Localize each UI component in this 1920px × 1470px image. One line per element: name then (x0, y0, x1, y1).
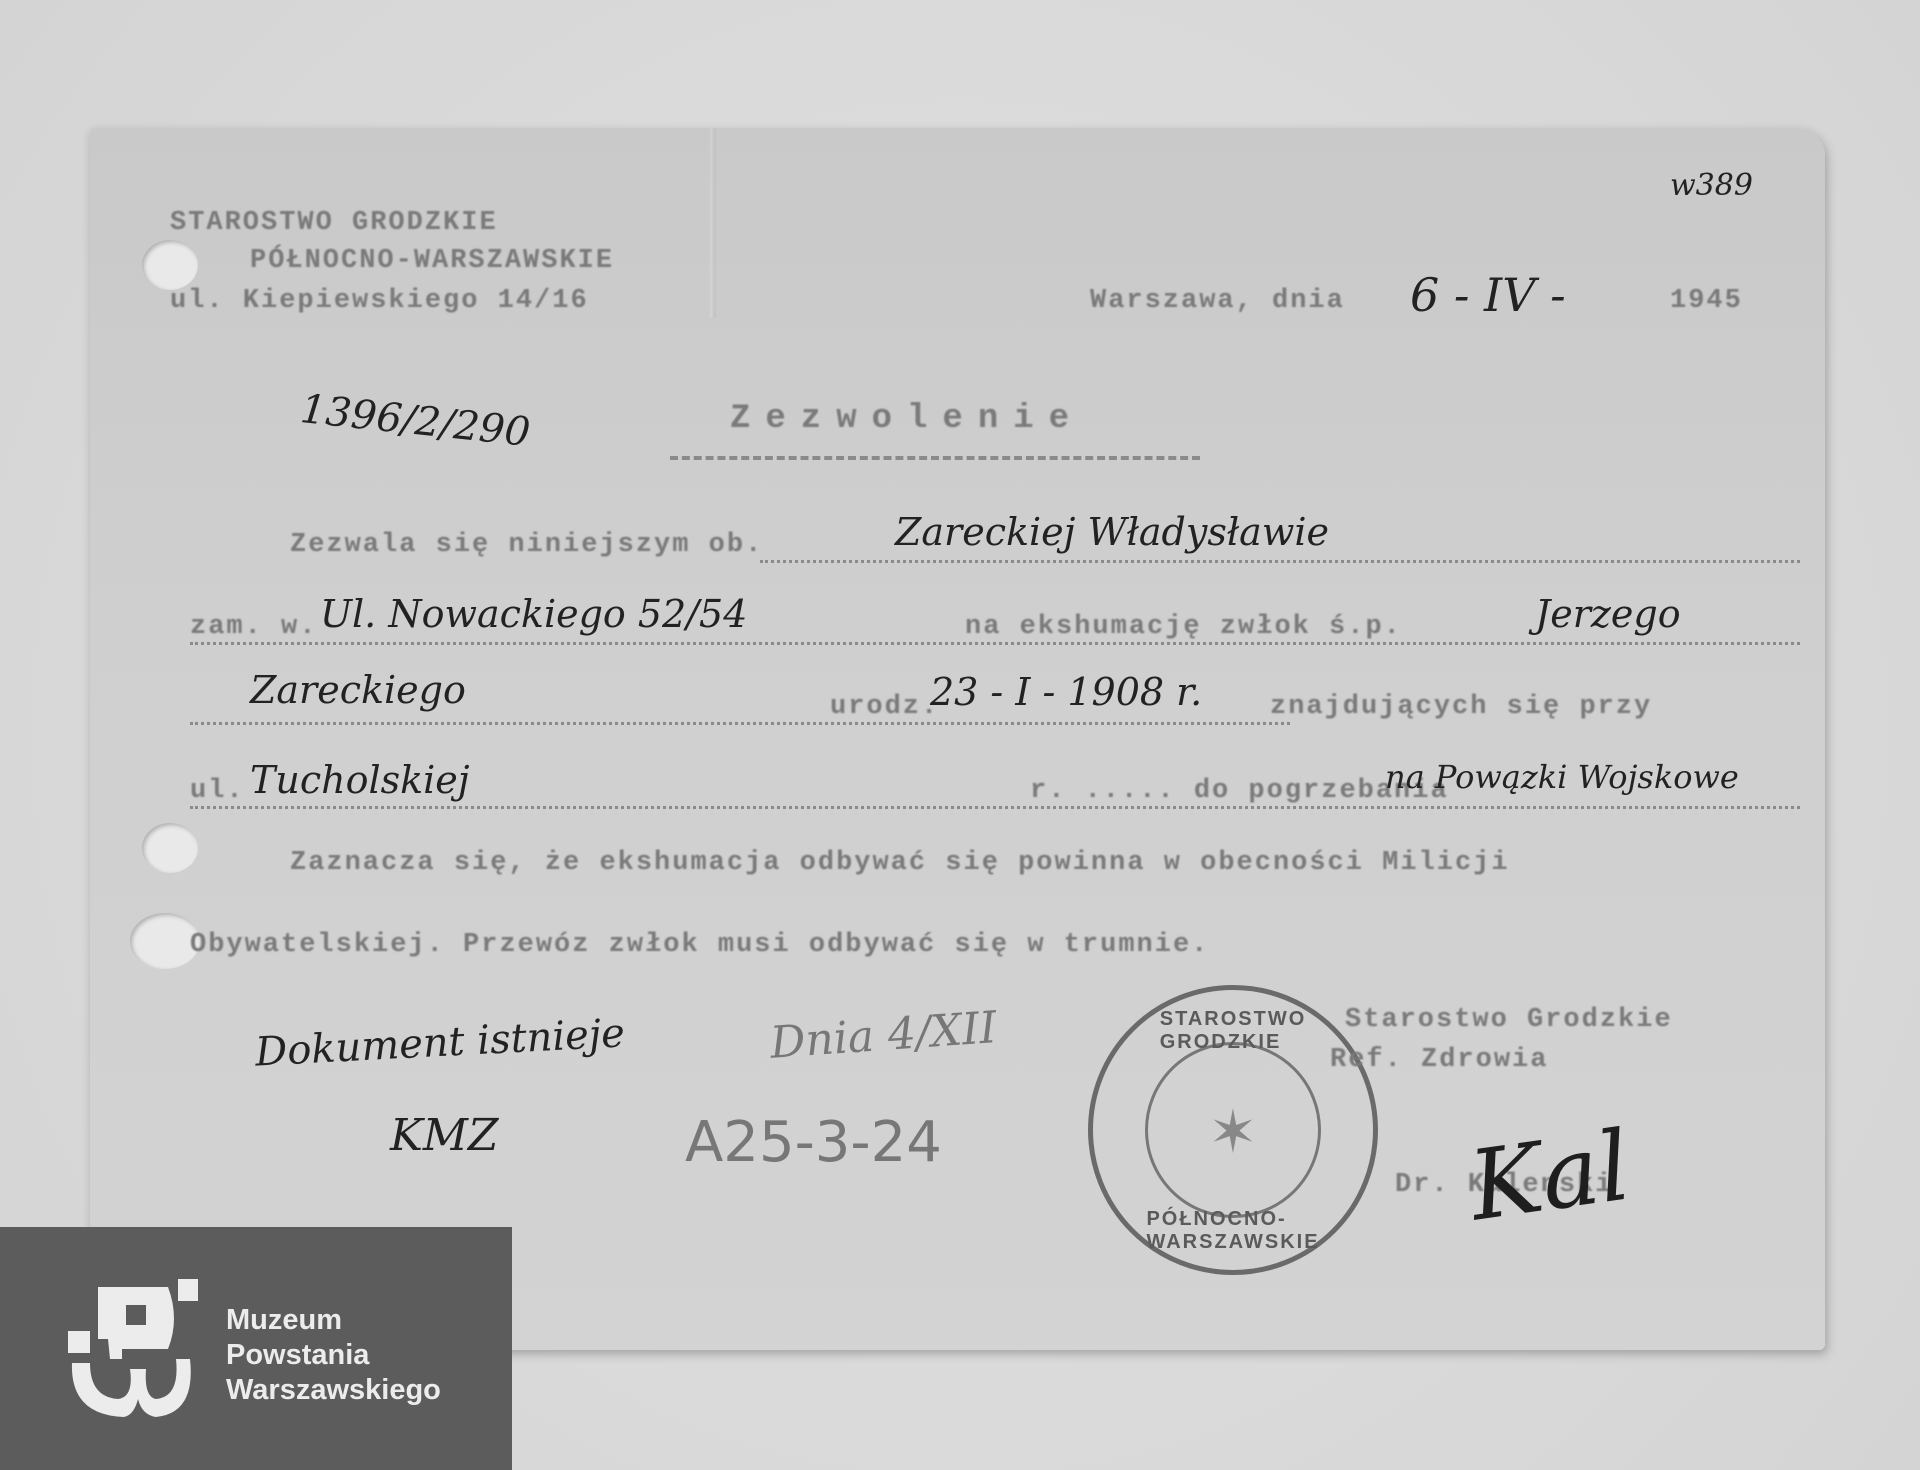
year: 1945 (1670, 286, 1743, 316)
museum-name: Muzeum Powstania Warszawskiego (226, 1303, 441, 1408)
body-line-2-prefix: zam. w. (190, 612, 317, 642)
header-line-1: STAROSTWO GRODZKIE (170, 208, 498, 238)
paper-fold (710, 128, 716, 318)
fill-line (190, 806, 1800, 809)
body-line-2-firstname: Jerzego (1535, 592, 1681, 636)
pencil-archive-code: A25-3-24 (685, 1110, 942, 1175)
body-line-3-end: znajdujących się przy (1270, 692, 1652, 722)
museum-name-line-2: Powstania (226, 1338, 441, 1373)
fill-line (190, 642, 1800, 645)
stamp-top-text: STAROSTWO GRODZKIE (1160, 1008, 1307, 1054)
stamp-bottom-text: PÓŁNOCNO-WARSZAWSKIE (1146, 1208, 1319, 1254)
signature-block-line-1: Starostwo Grodzkie (1345, 1005, 1673, 1035)
header-line-3: ul. Kiepiewskiego 14/16 (170, 286, 589, 316)
date-handwritten: 6 - IV - (1410, 268, 1566, 322)
museum-name-line-3: Warszawskiego (226, 1373, 441, 1408)
handwritten-signature: Kal (1463, 1109, 1637, 1242)
header-line-2: PÓŁNOCNO-WARSZAWSKIE (250, 246, 614, 276)
body-line-4-street: Tucholskiej (250, 758, 470, 802)
fill-line (760, 560, 1800, 563)
body-line-2-mid: na ekshumację zwłok ś.p. (965, 612, 1402, 642)
official-stamp: STAROSTWO GRODZKIE ✶ PÓŁNOCNO-WARSZAWSKI… (1088, 985, 1378, 1275)
body-line-3-surname: Zareckiego (250, 668, 466, 712)
punch-hole (142, 823, 198, 873)
fill-line (190, 722, 1290, 725)
paragraph-2-line-1: Zaznacza się, że ekshumacja odbywać się … (290, 848, 1510, 878)
museum-watermark: Muzeum Powstania Warszawskiego (0, 1227, 512, 1470)
body-line-2-address: Ul. Nowackiego 52/54 (320, 592, 747, 636)
body-line-1-typed: Zezwala się niniejszym ob. (290, 530, 763, 560)
paragraph-2-line-2: Obywatelskiej. Przewóz zwłok musi odbywa… (190, 930, 1209, 960)
body-line-1-name: Zareckiej Władysławie (895, 510, 1329, 554)
punch-hole (142, 240, 198, 290)
place-date-prefix: Warszawa, dnia (1090, 286, 1345, 316)
body-line-3-birthdate: 23 - I - 1908 r. (930, 670, 1202, 714)
title-underline (670, 456, 1200, 460)
body-line-4-prefix: ul. (190, 776, 245, 806)
reference-number: 1396/2/290 (298, 386, 532, 456)
kotwica-anchor-logo-icon (68, 1279, 198, 1419)
body-line-3-born: urodz. (830, 692, 939, 722)
signature-block-line-2: Ref. Zdrowia (1330, 1045, 1548, 1075)
document-title: Zezwolenie (730, 400, 1084, 438)
eagle-emblem-icon: ✶ (1145, 1042, 1321, 1218)
body-line-4-cemetery: na Powązki Wojskowe (1385, 758, 1739, 796)
archive-number: w389 (1670, 168, 1753, 203)
note-kmz: KMZ (390, 1110, 499, 1161)
museum-name-line-1: Muzeum (226, 1303, 441, 1338)
